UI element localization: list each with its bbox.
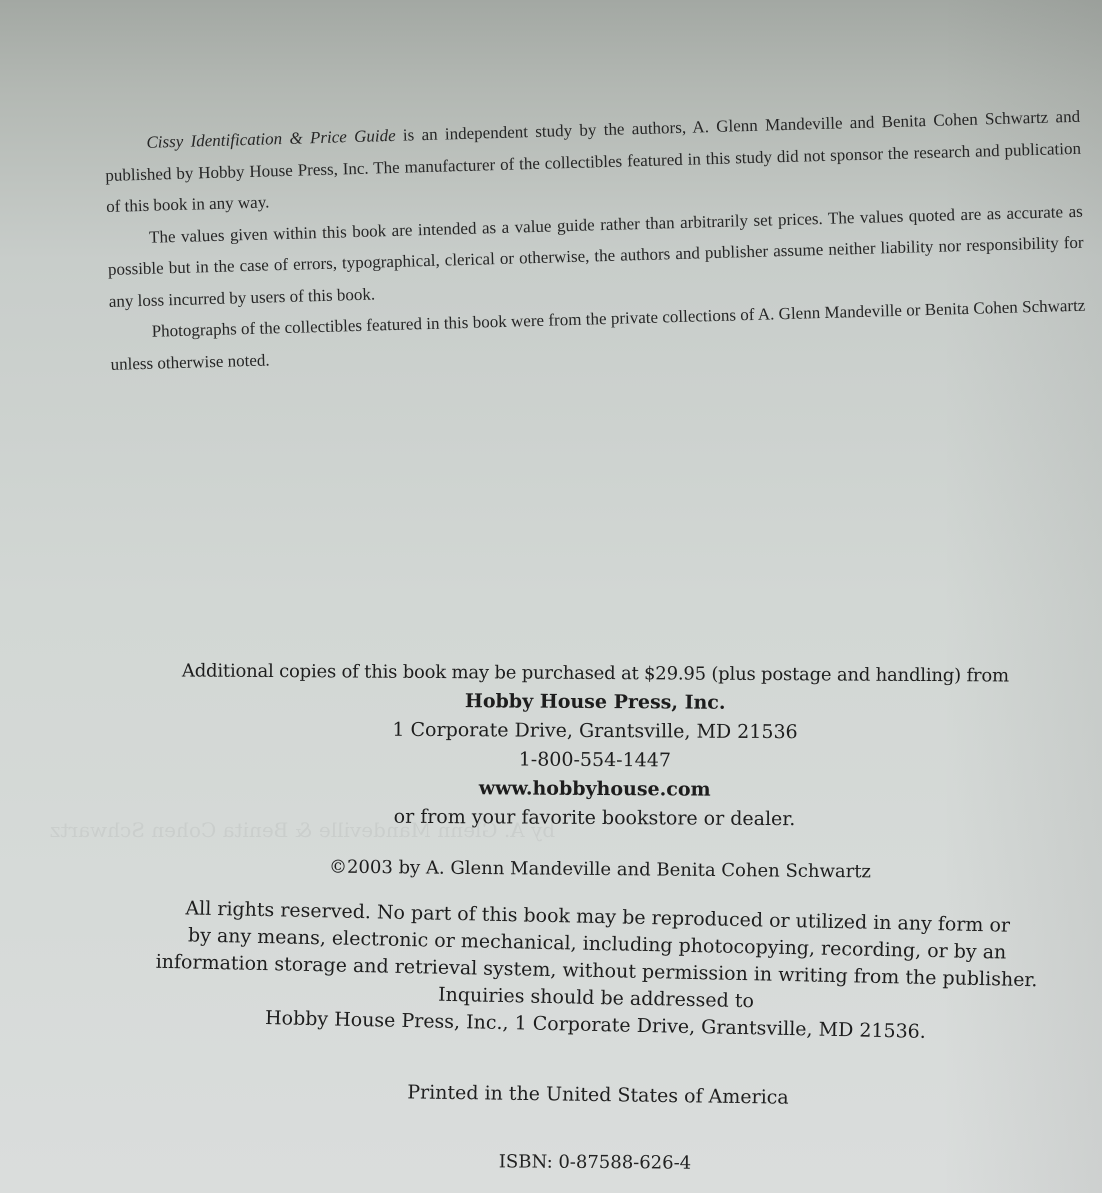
isbn: ISBN: 0-87588-626-4 [470, 1149, 720, 1177]
ordering-alt: or from your favorite bookstore or deale… [107, 801, 1082, 836]
ordering-lead: Additional copies of this book may be pu… [108, 656, 1083, 691]
ordering-info: Additional copies of this book may be pu… [107, 656, 1083, 836]
printed-in: Printed in the United States of America [378, 1079, 818, 1111]
copyright-page: by A. Glenn Mandeville & Benita Cohen Sc… [0, 0, 1102, 1193]
book-title: Cissy Identification & Price Guide [146, 126, 396, 152]
rights-reserved: All rights reserved. No part of this boo… [109, 894, 1084, 1049]
disclaimer-block: Cissy Identification & Price Guide is an… [104, 101, 1087, 380]
copyright-notice: ©2003 by A. Glenn Mandeville and Benita … [280, 854, 920, 886]
